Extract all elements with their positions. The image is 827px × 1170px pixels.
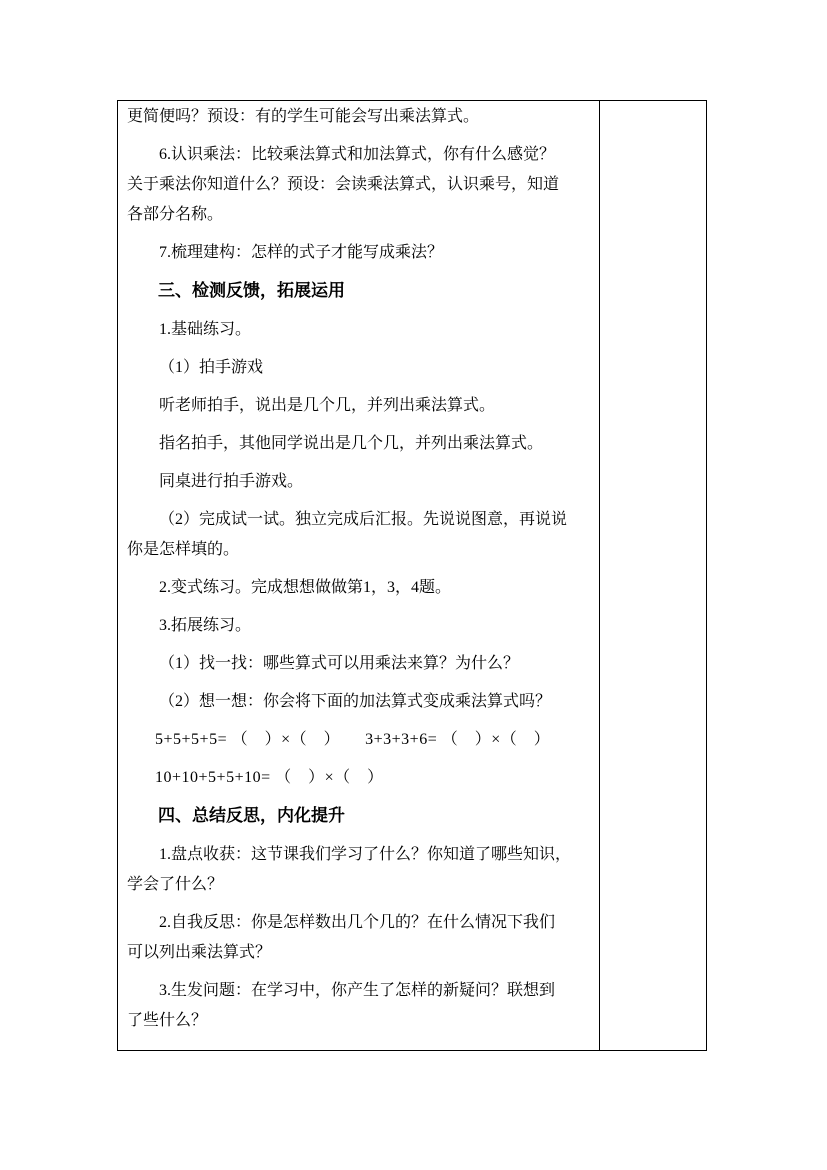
- lesson-plan-table: 更简便吗？预设：有的学生可能会写出乘法算式。6.认识乘法：比较乘法算式和加法算式…: [117, 100, 707, 1051]
- doc-line: 2.自我反思：你是怎样数出几个几的？在什么情况下我们: [159, 914, 555, 931]
- doc-line: （2）完成试一试。独立完成后汇报。先说说图意，再说说: [159, 511, 567, 528]
- table-row: 更简便吗？预设：有的学生可能会写出乘法算式。6.认识乘法：比较乘法算式和加法算式…: [118, 101, 707, 1051]
- doc-formula-line: 5+5+5+5= （ ）×（ ） 3+3+3+6= （ ）×（ ）: [127, 725, 590, 755]
- doc-paragraph: 指名拍手，其他同学说出是几个几，并列出乘法算式。: [127, 429, 590, 459]
- doc-line: （1）找一找：哪些算式可以用乘法来算？为什么？: [159, 655, 519, 672]
- doc-line: 3.拓展练习。: [159, 617, 251, 634]
- doc-line: 6.认识乘法：比较乘法算式和加法算式，你有什么感觉？: [159, 146, 555, 163]
- doc-line: 3.生发问题：在学习中，你产生了怎样的新疑问？联想到: [159, 982, 555, 999]
- doc-line: 各部分名称。: [127, 206, 223, 223]
- doc-line: 同桌进行拍手游戏。: [159, 473, 303, 490]
- doc-paragraph: 3.生发问题：在学习中，你产生了怎样的新疑问？联想到了些什么？: [127, 976, 590, 1036]
- doc-line: 1.基础练习。: [159, 321, 251, 338]
- doc-paragraph: 听老师拍手，说出是几个几，并列出乘法算式。: [127, 391, 590, 421]
- doc-line: 你是怎样填的。: [127, 541, 239, 558]
- doc-paragraph: （1）拍手游戏: [127, 353, 590, 383]
- doc-line: 三、检测反馈，拓展运用: [158, 281, 345, 300]
- doc-line: 关于乘法你知道什么？预设：会读乘法算式，认识乘号，知道: [127, 176, 559, 193]
- doc-paragraph: 7.梳理建构：怎样的式子才能写成乘法？: [127, 238, 590, 268]
- doc-line: 四、总结反思，内化提升: [158, 806, 345, 825]
- doc-formula-line: 10+10+5+5+10= （ ）×（ ）: [127, 763, 590, 793]
- doc-heading: 三、检测反馈，拓展运用: [127, 276, 590, 306]
- secondary-notes-cell: [600, 101, 707, 1051]
- doc-paragraph: 更简便吗？预设：有的学生可能会写出乘法算式。: [127, 102, 590, 132]
- doc-line: 听老师拍手，说出是几个几，并列出乘法算式。: [159, 397, 495, 414]
- doc-paragraph: （2）完成试一试。独立完成后汇报。先说说图意，再说说你是怎样填的。: [127, 505, 590, 565]
- doc-paragraph: 1.基础练习。: [127, 315, 590, 345]
- doc-paragraph: 3.拓展练习。: [127, 611, 590, 641]
- doc-line: 指名拍手，其他同学说出是几个几，并列出乘法算式。: [159, 435, 543, 452]
- lesson-content-cell: 更简便吗？预设：有的学生可能会写出乘法算式。6.认识乘法：比较乘法算式和加法算式…: [118, 101, 600, 1051]
- doc-paragraph: （2）想一想：你会将下面的加法算式变成乘法算式吗？: [127, 687, 590, 717]
- doc-line: （2）想一想：你会将下面的加法算式变成乘法算式吗？: [159, 693, 551, 710]
- document-page: 更简便吗？预设：有的学生可能会写出乘法算式。6.认识乘法：比较乘法算式和加法算式…: [0, 0, 827, 1170]
- doc-line: 10+10+5+5+10= （ ）×（ ）: [155, 769, 384, 786]
- doc-paragraph: 1.盘点收获：这节课我们学习了什么？你知道了哪些知识，学会了什么？: [127, 840, 590, 900]
- doc-paragraph: 2.变式练习。完成想想做做第1，3，4题。: [127, 573, 590, 603]
- doc-paragraph: 同桌进行拍手游戏。: [127, 467, 590, 497]
- doc-line: 2.变式练习。完成想想做做第1，3，4题。: [159, 579, 451, 596]
- doc-paragraph: 6.认识乘法：比较乘法算式和加法算式，你有什么感觉？关于乘法你知道什么？预设：会…: [127, 140, 590, 230]
- doc-line: 1.盘点收获：这节课我们学习了什么？你知道了哪些知识，: [159, 846, 571, 863]
- doc-line: 更简便吗？预设：有的学生可能会写出乘法算式。: [127, 108, 479, 125]
- doc-line: 了些什么？: [127, 1012, 207, 1029]
- doc-line: 7.梳理建构：怎样的式子才能写成乘法？: [159, 244, 443, 261]
- doc-line: 5+5+5+5= （ ）×（ ） 3+3+3+6= （ ）×（ ）: [155, 731, 550, 748]
- doc-heading: 四、总结反思，内化提升: [127, 801, 590, 831]
- doc-line: （1）拍手游戏: [159, 359, 263, 376]
- doc-paragraph: （1）找一找：哪些算式可以用乘法来算？为什么？: [127, 649, 590, 679]
- doc-line: 可以列出乘法算式？: [127, 944, 271, 961]
- doc-line: 学会了什么？: [127, 876, 223, 893]
- doc-paragraph: 2.自我反思：你是怎样数出几个几的？在什么情况下我们可以列出乘法算式？: [127, 908, 590, 968]
